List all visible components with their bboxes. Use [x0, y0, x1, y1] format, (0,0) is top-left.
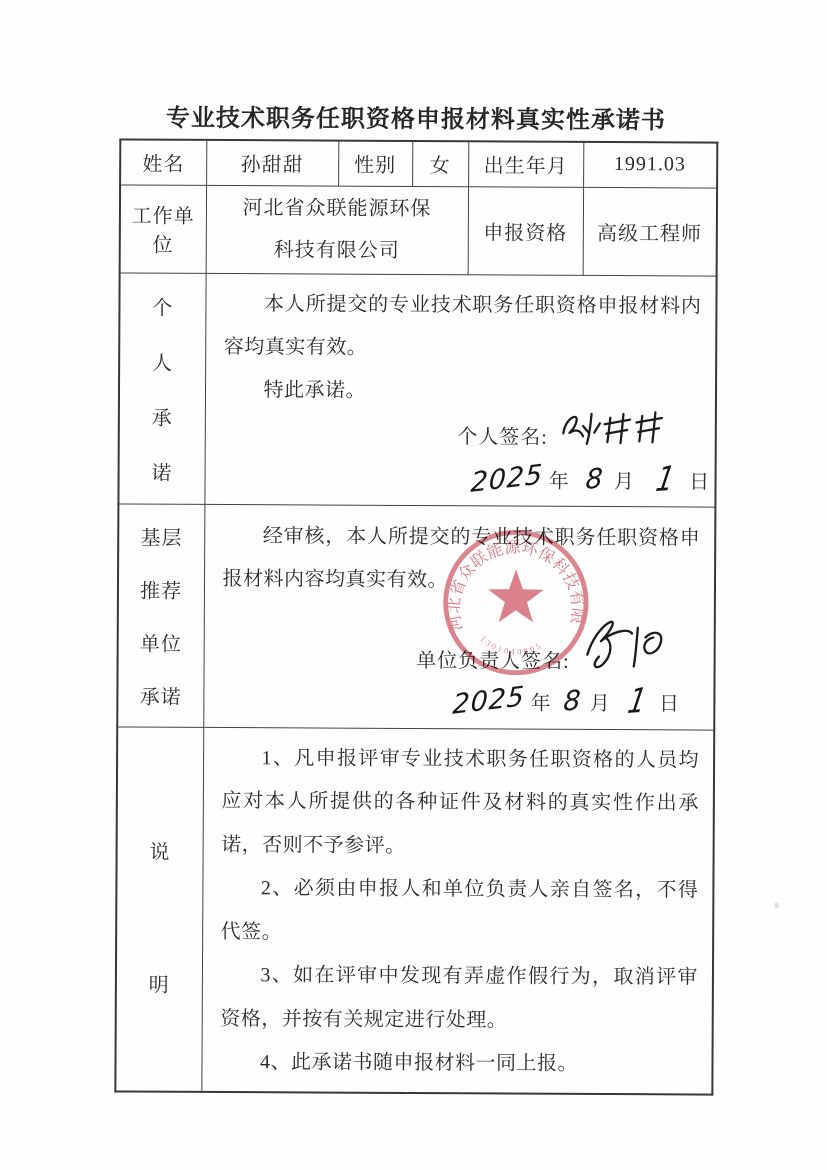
notes-content: 1、凡申报评审专业技术职务任职资格的人员均应对本人所提供的各种证件及材料的真实性… — [201, 727, 714, 1094]
birth-value: 1991.03 — [583, 142, 717, 188]
personal-commitment-label: 个 人 承 诺 — [118, 272, 205, 503]
gender-value: 女 — [412, 141, 468, 186]
note-item-3: 3、如在评审中发现有弄虚作假行为，取消评审资格，并按有关规定进行处理。 — [220, 954, 698, 1043]
unit-head-signature-handwriting — [578, 616, 670, 676]
scan-speck — [772, 900, 781, 911]
work-unit-label: 工作单位 — [120, 184, 206, 272]
personal-commitment-content: 本人所提交的专业技术职务任职资格申报材料内容均真实有效。 特此承诺。 个人签名: — [204, 273, 716, 507]
handwritten-year: 2025 — [451, 682, 525, 718]
unit-statement: 经审核，本人所提交的专业技术职务任职资格申报材料内容均真实有效。 — [222, 515, 700, 603]
day-unit: 日 — [689, 465, 710, 494]
row-personal-commitment: 个 人 承 诺 本人所提交的专业技术职务任职资格申报材料内容均真实有效。 特此承… — [118, 272, 716, 506]
unit-signature-line: 单位负责人签名: — [416, 638, 700, 679]
personal-sign-label: 个人签名: — [457, 420, 548, 449]
personal-signature-line: 个人签名: — [457, 415, 701, 456]
commitment-form-table: 姓名 孙甜甜 性别 女 出生年月 1991.03 工作单位 河北省众联能源环保科… — [114, 138, 718, 1095]
notes-label: 说 明 — [115, 726, 203, 1091]
note-item-1: 1、凡申报评审专业技术职务任职资格的人员均应对本人所提供的各种证件及材料的真实性… — [221, 736, 699, 869]
year-unit: 年 — [531, 686, 552, 715]
unit-commitment-label: 基层 推荐 单位 承诺 — [117, 503, 204, 726]
handwritten-year: 2025 — [470, 461, 544, 497]
row-basic-info: 姓名 孙甜甜 性别 女 出生年月 1991.03 — [120, 139, 717, 187]
qualification-value: 高级工程师 — [583, 187, 717, 276]
row-unit-commitment: 基层 推荐 单位 承诺 经审核，本人所提交的专业技术职务任职资格申报材料内容均真… — [117, 503, 715, 729]
birth-label: 出生年月 — [468, 141, 583, 187]
name-value: 孙甜甜 — [206, 140, 338, 186]
page-title: 专业技术职务任职资格申报材料真实性承诺书 — [2, 97, 827, 136]
row-notes: 说 明 1、凡申报评审专业技术职务任职资格的人员均应对本人所提供的各种证件及材料… — [115, 726, 714, 1094]
handwritten-day: 1 — [654, 462, 678, 497]
year-unit: 年 — [549, 465, 570, 494]
qualification-label: 申报资格 — [468, 186, 583, 275]
note-item-4: 4、此承诺书随申报材料一同上报。 — [220, 1041, 698, 1087]
unit-sign-label: 单位负责人签名: — [416, 644, 570, 674]
day-unit: 日 — [659, 687, 680, 716]
personal-signature-handwriting — [556, 405, 678, 450]
scan-content: 专业技术职务任职资格申报材料真实性承诺书 姓名 孙甜甜 性别 女 出生年月 19… — [0, 0, 827, 1170]
scanned-document-page: 专业技术职务任职资格申报材料真实性承诺书 姓名 孙甜甜 性别 女 出生年月 19… — [0, 0, 827, 1170]
work-unit-value: 河北省众联能源环保科技有限公司 — [206, 185, 468, 274]
note-item-2: 2、必须由申报人和单位负责人亲自签名，不得代签。 — [221, 867, 699, 956]
month-unit: 月 — [614, 465, 635, 494]
handwritten-day: 1 — [626, 683, 650, 718]
personal-statement-line1: 本人所提交的专业技术职务任职资格申报材料内容均真实有效。 — [224, 283, 702, 371]
unit-commitment-content: 经审核，本人所提交的专业技术职务任职资格申报材料内容均真实有效。 单位负责人签名… — [203, 504, 715, 730]
gender-label: 性别 — [338, 141, 412, 186]
name-label: 姓名 — [120, 139, 206, 184]
handwritten-month: 8 — [563, 686, 583, 715]
row-work-unit: 工作单位 河北省众联能源环保科技有限公司 申报资格 高级工程师 — [120, 184, 717, 275]
month-unit: 月 — [590, 686, 611, 715]
handwritten-month: 8 — [585, 465, 605, 494]
unit-date-line: 2025 年 8 月 1 日 — [452, 680, 700, 721]
personal-date-line: 2025 年 8 月 1 日 — [470, 459, 701, 500]
